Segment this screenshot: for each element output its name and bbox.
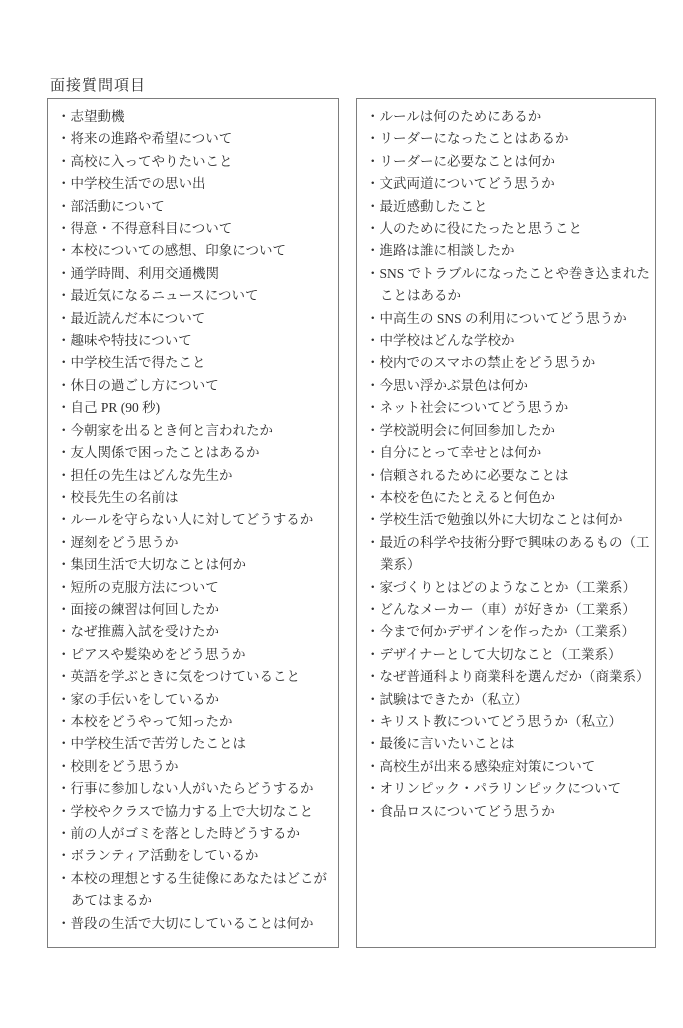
question-text: 中学校はどんな学校か	[380, 333, 515, 348]
question-text: 最近気になるニュースについて	[71, 288, 259, 303]
question-item: ・キリスト教についてどう思うか（私立）	[366, 711, 650, 733]
question-text: 人のために役にたったと思うこと	[380, 221, 583, 236]
bullet-marker: ・	[366, 602, 380, 617]
question-text: 自分にとって幸せとは何か	[380, 445, 542, 460]
question-item: ・進路は誰に相談したか	[366, 240, 650, 262]
question-text: どんなメーカー（車）が好きか（工業系）	[380, 602, 636, 617]
bullet-marker: ・	[366, 759, 380, 774]
question-text: なぜ推薦入試を受けたか	[71, 624, 220, 639]
bullet-marker: ・	[57, 333, 71, 348]
question-item: ・将来の進路や希望について	[57, 128, 333, 150]
question-item: ・前の人がゴミを落とした時どうするか	[57, 823, 333, 845]
bullet-marker: ・	[57, 512, 71, 527]
bullet-marker: ・	[57, 154, 71, 169]
question-text: 試験はできたか（私立）	[380, 692, 529, 707]
bullet-marker: ・	[366, 736, 380, 751]
question-text: 信頼されるために必要なことは	[380, 468, 569, 483]
question-text: 今まで何かデザインを作ったか（工業系）	[380, 624, 636, 639]
bullet-marker: ・	[366, 109, 380, 124]
question-item: ・リーダーに必要なことは何か	[366, 151, 650, 173]
question-item: ・家の手伝いをしているか	[57, 689, 333, 711]
question-item: ・ネット社会についてどう思うか	[366, 397, 650, 419]
question-item: ・短所の克服方法について	[57, 577, 333, 599]
question-text: 今思い浮かぶ景色は何か	[380, 378, 529, 393]
question-text: 校則をどう思うか	[71, 759, 179, 774]
question-text: 最近読んだ本について	[71, 311, 206, 326]
question-text: 学校説明会に何回参加したか	[380, 423, 556, 438]
question-item: ・本校の理想とする生徒像にあなたはどこがあてはまるか	[57, 868, 333, 913]
question-text: 本校をどうやって知ったか	[71, 714, 233, 729]
question-item: ・遅刻をどう思うか	[57, 532, 333, 554]
bullet-marker: ・	[57, 714, 71, 729]
question-item: ・校内でのスマホの禁止をどう思うか	[366, 352, 650, 374]
question-text: キリスト教についてどう思うか（私立）	[380, 714, 622, 729]
bullet-marker: ・	[57, 826, 71, 841]
bullet-marker: ・	[57, 423, 71, 438]
question-item: ・集団生活で大切なことは何か	[57, 554, 333, 576]
bullet-marker: ・	[57, 848, 71, 863]
question-text: 学校生活で勉強以外に大切なことは何か	[380, 512, 623, 527]
bullet-marker: ・	[366, 781, 380, 796]
question-text: リーダーに必要なことは何か	[380, 154, 556, 169]
bullet-marker: ・	[366, 669, 380, 684]
bullet-marker: ・	[366, 535, 380, 550]
question-text: 将来の進路や希望について	[71, 131, 233, 146]
bullet-marker: ・	[57, 669, 71, 684]
question-list-left: ・志望動機・将来の進路や希望について・高校に入ってやりたいこと・中学校生活での思…	[57, 106, 333, 935]
question-text: ルールを守らない人に対してどうするか	[71, 512, 314, 527]
question-text: 前の人がゴミを落とした時どうするか	[71, 826, 301, 841]
bullet-marker: ・	[57, 221, 71, 236]
question-text: 英語を学ぶときに気をつけていること	[71, 669, 301, 684]
question-item: ・ボランティア活動をしているか	[57, 845, 333, 867]
bullet-marker: ・	[57, 131, 71, 146]
question-box-right: ・ルールは何のためにあるか・リーダーになったことはあるか・リーダーに必要なことは…	[356, 98, 656, 948]
question-text: 家の手伝いをしているか	[71, 692, 220, 707]
bullet-marker: ・	[57, 602, 71, 617]
question-item: ・なぜ普通科より商業科を選んだか（商業系）	[366, 666, 650, 688]
question-item: ・部活動について	[57, 196, 333, 218]
question-item: ・趣味や特技について	[57, 330, 333, 352]
question-text: 校内でのスマホの禁止をどう思うか	[380, 355, 596, 370]
question-text: 普段の生活で大切にしていることは何か	[71, 916, 314, 931]
question-text: 自己 PR (90 秒)	[71, 400, 161, 415]
question-box-left: ・志望動機・将来の進路や希望について・高校に入ってやりたいこと・中学校生活での思…	[47, 98, 339, 948]
question-text: 文武両道についてどう思うか	[380, 176, 555, 191]
bullet-marker: ・	[57, 243, 71, 258]
bullet-marker: ・	[57, 557, 71, 572]
question-list-right: ・ルールは何のためにあるか・リーダーになったことはあるか・リーダーに必要なことは…	[366, 106, 650, 823]
page-title: 面接質問項目	[50, 74, 146, 95]
bullet-marker: ・	[57, 109, 71, 124]
question-text: 担任の先生はどんな先生か	[71, 468, 233, 483]
question-text: 遅刻をどう思うか	[71, 535, 179, 550]
question-item: ・人のために役にたったと思うこと	[366, 218, 650, 240]
question-text: ピアスや髪染めをどう思うか	[71, 647, 246, 662]
document-page: 面接質問項目 ・志望動機・将来の進路や希望について・高校に入ってやりたいこと・中…	[0, 0, 683, 1028]
question-item: ・信頼されるために必要なことは	[366, 465, 650, 487]
bullet-marker: ・	[366, 199, 380, 214]
question-text: 通学時間、利用交通機関	[71, 266, 220, 281]
bullet-marker: ・	[57, 916, 71, 931]
question-text: 校長先生の名前は	[71, 490, 179, 505]
question-text: 進路は誰に相談したか	[380, 243, 515, 258]
question-item: ・通学時間、利用交通機関	[57, 263, 333, 285]
bullet-marker: ・	[366, 221, 380, 236]
question-item: ・面接の練習は何回したか	[57, 599, 333, 621]
question-item: ・本校をどうやって知ったか	[57, 711, 333, 733]
question-text: 本校を色にたとえると何色か	[380, 490, 556, 505]
question-item: ・普段の生活で大切にしていることは何か	[57, 913, 333, 935]
question-item: ・食品ロスについてどう思うか	[366, 801, 650, 823]
question-item: ・今思い浮かぶ景色は何か	[366, 375, 650, 397]
question-item: ・校則をどう思うか	[57, 756, 333, 778]
bullet-marker: ・	[57, 535, 71, 550]
question-item: ・デザイナーとして大切なこと（工業系）	[366, 644, 650, 666]
question-item: ・ルールは何のためにあるか	[366, 106, 650, 128]
question-item: ・今まで何かデザインを作ったか（工業系）	[366, 621, 650, 643]
question-item: ・今朝家を出るとき何と言われたか	[57, 420, 333, 442]
question-text: 最近の科学や技術分野で興味のあるもの（工業系）	[380, 535, 650, 572]
question-item: ・高校生が出来る感染症対策について	[366, 756, 650, 778]
question-item: ・高校に入ってやりたいこと	[57, 151, 333, 173]
question-item: ・本校についての感想、印象について	[57, 240, 333, 262]
question-item: ・最近気になるニュースについて	[57, 285, 333, 307]
bullet-marker: ・	[366, 243, 380, 258]
bullet-marker: ・	[57, 288, 71, 303]
bullet-marker: ・	[57, 468, 71, 483]
question-item: ・中学校生活で苦労したことは	[57, 733, 333, 755]
question-item: ・どんなメーカー（車）が好きか（工業系）	[366, 599, 650, 621]
question-item: ・行事に参加しない人がいたらどうするか	[57, 778, 333, 800]
bullet-marker: ・	[366, 423, 380, 438]
question-text: 本校についての感想、印象について	[71, 243, 286, 258]
question-item: ・試験はできたか（私立）	[366, 689, 650, 711]
bullet-marker: ・	[57, 692, 71, 707]
question-item: ・学校やクラスで協力する上で大切なこと	[57, 801, 333, 823]
question-item: ・最近の科学や技術分野で興味のあるもの（工業系）	[366, 532, 650, 577]
bullet-marker: ・	[366, 176, 380, 191]
question-text: 得意・不得意科目について	[71, 221, 233, 236]
question-item: ・ピアスや髪染めをどう思うか	[57, 644, 333, 666]
question-item: ・SNS でトラブルになったことや巻き込まれたことはあるか	[366, 263, 650, 308]
question-item: ・リーダーになったことはあるか	[366, 128, 650, 150]
question-columns: ・志望動機・将来の進路や希望について・高校に入ってやりたいこと・中学校生活での思…	[47, 98, 656, 948]
bullet-marker: ・	[366, 692, 380, 707]
bullet-marker: ・	[57, 759, 71, 774]
bullet-marker: ・	[366, 624, 380, 639]
bullet-marker: ・	[366, 131, 380, 146]
question-text: 休日の過ごし方について	[71, 378, 219, 393]
bullet-marker: ・	[366, 378, 380, 393]
question-item: ・学校説明会に何回参加したか	[366, 420, 650, 442]
question-text: 趣味や特技について	[71, 333, 192, 348]
question-text: デザイナーとして大切なこと（工業系）	[380, 647, 622, 662]
question-text: SNS でトラブルになったことや巻き込まれたことはあるか	[380, 266, 650, 303]
bullet-marker: ・	[366, 468, 380, 483]
question-text: オリンピック・パラリンピックについて	[380, 781, 622, 796]
question-text: 食品ロスについてどう思うか	[380, 804, 555, 819]
bullet-marker: ・	[57, 736, 71, 751]
bullet-marker: ・	[366, 512, 380, 527]
question-text: 友人関係で困ったことはあるか	[71, 445, 260, 460]
question-text: ボランティア活動をしているか	[71, 848, 259, 863]
question-text: 短所の克服方法について	[71, 580, 219, 595]
bullet-marker: ・	[366, 580, 380, 595]
bullet-marker: ・	[366, 311, 380, 326]
question-text: 中高生の SNS の利用についてどう思うか	[380, 311, 627, 326]
question-text: 中学校生活で得たこと	[71, 355, 206, 370]
question-item: ・中高生の SNS の利用についてどう思うか	[366, 308, 650, 330]
bullet-marker: ・	[366, 400, 380, 415]
question-item: ・得意・不得意科目について	[57, 218, 333, 240]
bullet-marker: ・	[366, 714, 380, 729]
bullet-marker: ・	[57, 624, 71, 639]
question-item: ・志望動機	[57, 106, 333, 128]
bullet-marker: ・	[366, 154, 380, 169]
bullet-marker: ・	[57, 781, 71, 796]
question-item: ・最近感動したこと	[366, 196, 650, 218]
bullet-marker: ・	[57, 199, 71, 214]
bullet-marker: ・	[57, 804, 71, 819]
question-item: ・学校生活で勉強以外に大切なことは何か	[366, 509, 650, 531]
question-item: ・中学校生活での思い出	[57, 173, 333, 195]
question-item: ・文武両道についてどう思うか	[366, 173, 650, 195]
question-item: ・なぜ推薦入試を受けたか	[57, 621, 333, 643]
question-text: なぜ普通科より商業科を選んだか（商業系）	[380, 669, 650, 684]
question-item: ・担任の先生はどんな先生か	[57, 465, 333, 487]
question-text: 本校の理想とする生徒像にあなたはどこがあてはまるか	[71, 871, 328, 908]
bullet-marker: ・	[57, 647, 71, 662]
bullet-marker: ・	[57, 266, 71, 281]
question-text: 今朝家を出るとき何と言われたか	[71, 423, 274, 438]
question-item: ・英語を学ぶときに気をつけていること	[57, 666, 333, 688]
bullet-marker: ・	[366, 266, 380, 281]
question-text: 最近感動したこと	[380, 199, 488, 214]
bullet-marker: ・	[57, 355, 71, 370]
question-item: ・自分にとって幸せとは何か	[366, 442, 650, 464]
bullet-marker: ・	[366, 445, 380, 460]
question-text: 行事に参加しない人がいたらどうするか	[71, 781, 314, 796]
question-item: ・家づくりとはどのようなことか（工業系）	[366, 577, 650, 599]
question-item: ・最後に言いたいことは	[366, 733, 650, 755]
bullet-marker: ・	[57, 400, 71, 415]
question-item: ・最近読んだ本について	[57, 308, 333, 330]
question-item: ・中学校生活で得たこと	[57, 352, 333, 374]
question-item: ・中学校はどんな学校か	[366, 330, 650, 352]
question-text: 最後に言いたいことは	[380, 736, 515, 751]
question-item: ・自己 PR (90 秒)	[57, 397, 333, 419]
question-text: ルールは何のためにあるか	[380, 109, 542, 124]
question-text: 家づくりとはどのようなことか（工業系）	[380, 580, 637, 595]
question-text: ネット社会についてどう思うか	[380, 400, 569, 415]
question-text: 部活動について	[71, 199, 165, 214]
question-item: ・校長先生の名前は	[57, 487, 333, 509]
question-item: ・オリンピック・パラリンピックについて	[366, 778, 650, 800]
question-item: ・ルールを守らない人に対してどうするか	[57, 509, 333, 531]
question-text: 中学校生活で苦労したことは	[71, 736, 247, 751]
bullet-marker: ・	[57, 378, 71, 393]
bullet-marker: ・	[366, 804, 380, 819]
bullet-marker: ・	[366, 355, 380, 370]
question-text: 中学校生活での思い出	[71, 176, 206, 191]
bullet-marker: ・	[57, 871, 71, 886]
question-item: ・休日の過ごし方について	[57, 375, 333, 397]
question-text: 学校やクラスで協力する上で大切なこと	[71, 804, 314, 819]
question-text: 志望動機	[71, 109, 125, 124]
question-text: 面接の練習は何回したか	[71, 602, 220, 617]
bullet-marker: ・	[57, 176, 71, 191]
bullet-marker: ・	[366, 647, 380, 662]
question-text: 高校生が出来る感染症対策について	[380, 759, 596, 774]
question-text: 高校に入ってやりたいこと	[71, 154, 233, 169]
bullet-marker: ・	[366, 490, 380, 505]
bullet-marker: ・	[366, 333, 380, 348]
question-item: ・本校を色にたとえると何色か	[366, 487, 650, 509]
question-item: ・友人関係で困ったことはあるか	[57, 442, 333, 464]
question-text: リーダーになったことはあるか	[380, 131, 569, 146]
bullet-marker: ・	[57, 490, 71, 505]
bullet-marker: ・	[57, 311, 71, 326]
bullet-marker: ・	[57, 445, 71, 460]
bullet-marker: ・	[57, 580, 71, 595]
question-text: 集団生活で大切なことは何か	[71, 557, 247, 572]
